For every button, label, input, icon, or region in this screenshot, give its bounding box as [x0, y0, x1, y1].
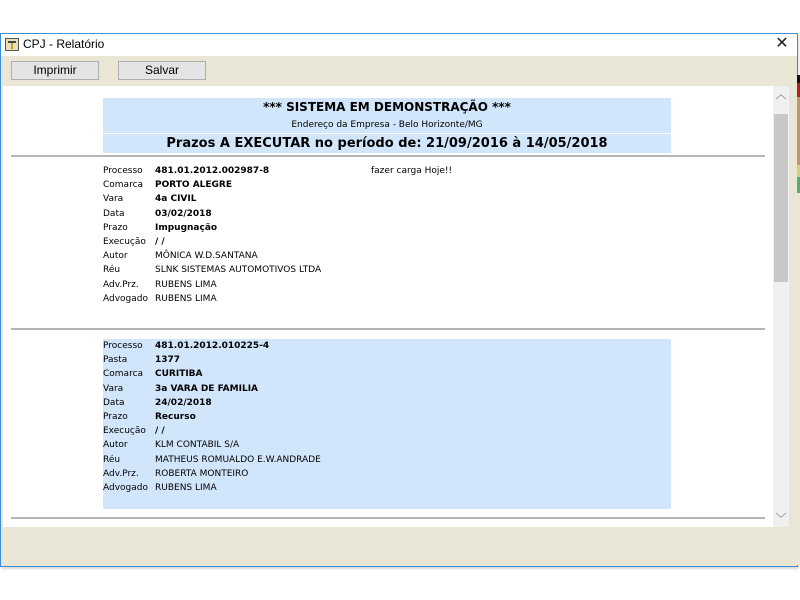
field-value: SLNK SISTEMAS AUTOMOTIVOS LTDA	[155, 263, 321, 277]
record-field-row: AdvogadoRUBENS LIMA	[103, 292, 671, 306]
record-1: Processo481.01.2012.002987-8fazer carga …	[103, 164, 671, 306]
report-header: *** SISTEMA EM DEMONSTRAÇÃO *** Endereço…	[103, 98, 671, 153]
field-value: 4a CIVIL	[155, 192, 196, 206]
report-window: CPJ - Relatório ✕ Imprimir Salvar *** SI…	[0, 33, 798, 567]
field-value: / /	[155, 424, 165, 438]
field-value: RUBENS LIMA	[155, 481, 217, 495]
record-field-row: AutorMÔNICA W.D.SANTANA	[103, 249, 671, 263]
record-field-row: Processo481.01.2012.010225-4	[103, 339, 671, 353]
record-field-row: Vara4a CIVIL	[103, 192, 671, 206]
field-label: Prazo	[103, 221, 155, 235]
window-title: CPJ - Relatório	[23, 37, 104, 51]
record-field-row: Adv.Prz.RUBENS LIMA	[103, 278, 671, 292]
report-title: *** SISTEMA EM DEMONSTRAÇÃO ***	[103, 98, 671, 117]
field-value: 03/02/2018	[155, 207, 212, 221]
field-label: Vara	[103, 382, 155, 396]
field-label: Prazo	[103, 410, 155, 424]
field-value: 481.01.2012.002987-8	[155, 164, 269, 178]
record-field-row: AutorKLM CONTABIL S/A	[103, 438, 671, 452]
record-field-row: Adv.Prz.ROBERTA MONTEIRO	[103, 467, 671, 481]
record-field-row: Data03/02/2018	[103, 207, 671, 221]
scales-of-justice-icon	[5, 38, 19, 51]
field-value: MATHEUS ROMUALDO E.W.ANDRADE	[155, 453, 321, 467]
record-field-row: ComarcaCURITIBA	[103, 367, 671, 381]
field-label: Advogado	[103, 292, 155, 306]
field-label: Adv.Prz.	[103, 467, 155, 481]
scrollbar-thumb[interactable]	[774, 114, 788, 282]
field-value: Recurso	[155, 410, 196, 424]
divider	[11, 155, 765, 157]
field-value: 1377	[155, 353, 180, 367]
record-field-row: Vara3a VARA DE FAMILIA	[103, 382, 671, 396]
field-label: Comarca	[103, 178, 155, 192]
title-bar: CPJ - Relatório ✕	[1, 34, 797, 56]
field-value: / /	[155, 235, 165, 249]
record-field-row: RéuMATHEUS ROMUALDO E.W.ANDRADE	[103, 453, 671, 467]
toolbar: Imprimir Salvar	[1, 56, 797, 86]
field-value: MÔNICA W.D.SANTANA	[155, 249, 258, 263]
close-icon[interactable]: ✕	[773, 35, 791, 53]
record-field-row: ComarcaPORTO ALEGRE	[103, 178, 671, 192]
field-label: Adv.Prz.	[103, 278, 155, 292]
field-value: RUBENS LIMA	[155, 278, 217, 292]
field-value: KLM CONTABIL S/A	[155, 438, 239, 452]
field-value: 3a VARA DE FAMILIA	[155, 382, 258, 396]
footer-bar	[1, 527, 797, 566]
record-field-row: AdvogadoRUBENS LIMA	[103, 481, 671, 495]
field-value: 24/02/2018	[155, 396, 212, 410]
field-label: Data	[103, 207, 155, 221]
record-field-row: Execução/ /	[103, 424, 671, 438]
save-button[interactable]: Salvar	[118, 61, 206, 80]
record-field-row: PrazoRecurso	[103, 410, 671, 424]
record-field-row: Pasta1377	[103, 353, 671, 367]
scroll-down-icon[interactable]: ﹀	[773, 510, 789, 527]
field-label: Autor	[103, 249, 155, 263]
field-label: Execução	[103, 235, 155, 249]
record-note: fazer carga Hoje!!	[371, 164, 452, 178]
vertical-scrollbar[interactable]: ︿ ﹀	[773, 86, 789, 527]
field-label: Pasta	[103, 353, 155, 367]
field-value: RUBENS LIMA	[155, 292, 217, 306]
record-field-row: Execução/ /	[103, 235, 671, 249]
field-label: Processo	[103, 339, 155, 353]
record-field-row: Data24/02/2018	[103, 396, 671, 410]
divider	[11, 517, 765, 519]
record-2: Processo481.01.2012.010225-4Pasta1377Com…	[103, 339, 671, 509]
field-label: Réu	[103, 263, 155, 277]
record-field-row: Processo481.01.2012.002987-8fazer carga …	[103, 164, 671, 178]
field-value: CURITIBA	[155, 367, 203, 381]
scroll-up-icon[interactable]: ︿	[773, 86, 789, 103]
divider	[11, 328, 765, 330]
field-label: Autor	[103, 438, 155, 452]
field-label: Comarca	[103, 367, 155, 381]
field-value: Impugnação	[155, 221, 217, 235]
record-field-row: PrazoImpugnação	[103, 221, 671, 235]
field-label: Processo	[103, 164, 155, 178]
field-label: Data	[103, 396, 155, 410]
report-content: *** SISTEMA EM DEMONSTRAÇÃO *** Endereço…	[3, 86, 773, 527]
field-value: ROBERTA MONTEIRO	[155, 467, 248, 481]
field-label: Réu	[103, 453, 155, 467]
field-value: PORTO ALEGRE	[155, 178, 232, 192]
field-label: Vara	[103, 192, 155, 206]
report-period: Prazos A EXECUTAR no período de: 21/09/2…	[103, 134, 671, 153]
field-label: Advogado	[103, 481, 155, 495]
field-value: 481.01.2012.010225-4	[155, 339, 269, 353]
record-field-row: RéuSLNK SISTEMAS AUTOMOTIVOS LTDA	[103, 263, 671, 277]
print-button[interactable]: Imprimir	[11, 61, 99, 80]
company-address: Endereço da Empresa - Belo Horizonte/MG	[103, 117, 671, 134]
field-label: Execução	[103, 424, 155, 438]
